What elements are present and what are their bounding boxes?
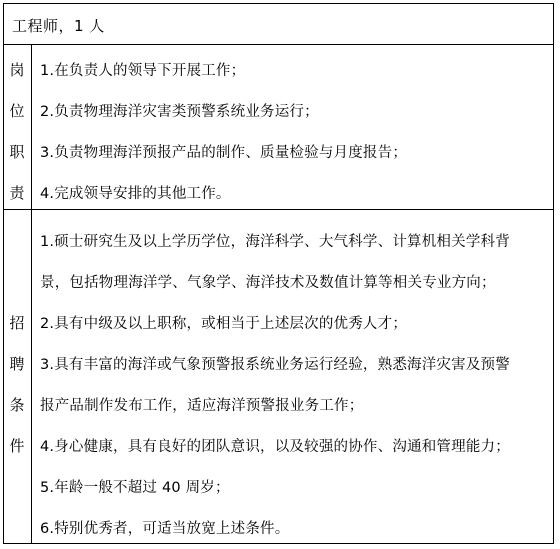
label-char: 职 [4,141,30,162]
label-char: 位 [4,100,30,121]
requirements-label: 招 聘 条 件 [4,210,32,543]
requirement-item: 5.年龄一般不超过 40 周岁； [40,476,230,497]
requirement-item: 报产品制作发布工作，适应海洋预警报业务工作； [40,394,363,415]
duty-item: 1.在负责人的领导下开展工作； [40,59,245,80]
duties-label: 岗 位 职 责 [4,45,32,209]
requirement-item: 3.具有丰富的海洋或气象预警报系统业务运行经验，熟悉海洋灾害及预警 [40,353,510,374]
label-char: 条 [4,394,30,415]
label-char: 岗 [4,59,30,80]
requirement-item: 6.特别优秀者，可适当放宽上述条件。 [40,517,289,538]
position-title: 工程师，1 人 [12,15,105,36]
duties-section: 岗 位 职 责 1.在负责人的领导下开展工作； 2.负责物理海洋灾害类预警系统业… [4,45,553,210]
requirements-content: 1.硕士研究生及以上学历学位，海洋科学、大气科学、计算机相关学科背 景，包括物理… [32,210,553,543]
duties-content: 1.在负责人的领导下开展工作； 2.负责物理海洋灾害类预警系统业务运行； 3.负… [32,45,553,209]
duty-item: 2.负责物理海洋灾害类预警系统业务运行； [40,100,319,121]
duty-item: 3.负责物理海洋预报产品的制作、质量检验与月度报告； [40,141,407,162]
duty-item: 4.完成领导安排的其他工作。 [40,182,231,203]
position-header-row: 工程师，1 人 [4,4,553,45]
job-posting-table: 工程师，1 人 岗 位 职 责 1.在负责人的领导下开展工作； 2.负责物理海洋… [3,3,554,544]
label-char: 件 [4,435,30,456]
requirement-item: 景，包括物理海洋学、气象学、海洋技术及数值计算等相关专业方向； [40,271,496,292]
label-char: 聘 [4,353,30,374]
label-char: 责 [4,182,30,203]
requirement-item: 4.身心健康，具有良好的团队意识，以及较强的协作、沟通和管理能力； [40,435,510,456]
requirements-section: 招 聘 条 件 1.硕士研究生及以上学历学位，海洋科学、大气科学、计算机相关学科… [4,210,553,543]
requirement-item: 2.具有中级及以上职称，或相当于上述层次的优秀人才； [40,312,407,333]
requirement-item: 1.硕士研究生及以上学历学位，海洋科学、大气科学、计算机相关学科背 [40,230,510,251]
label-char: 招 [4,312,30,333]
